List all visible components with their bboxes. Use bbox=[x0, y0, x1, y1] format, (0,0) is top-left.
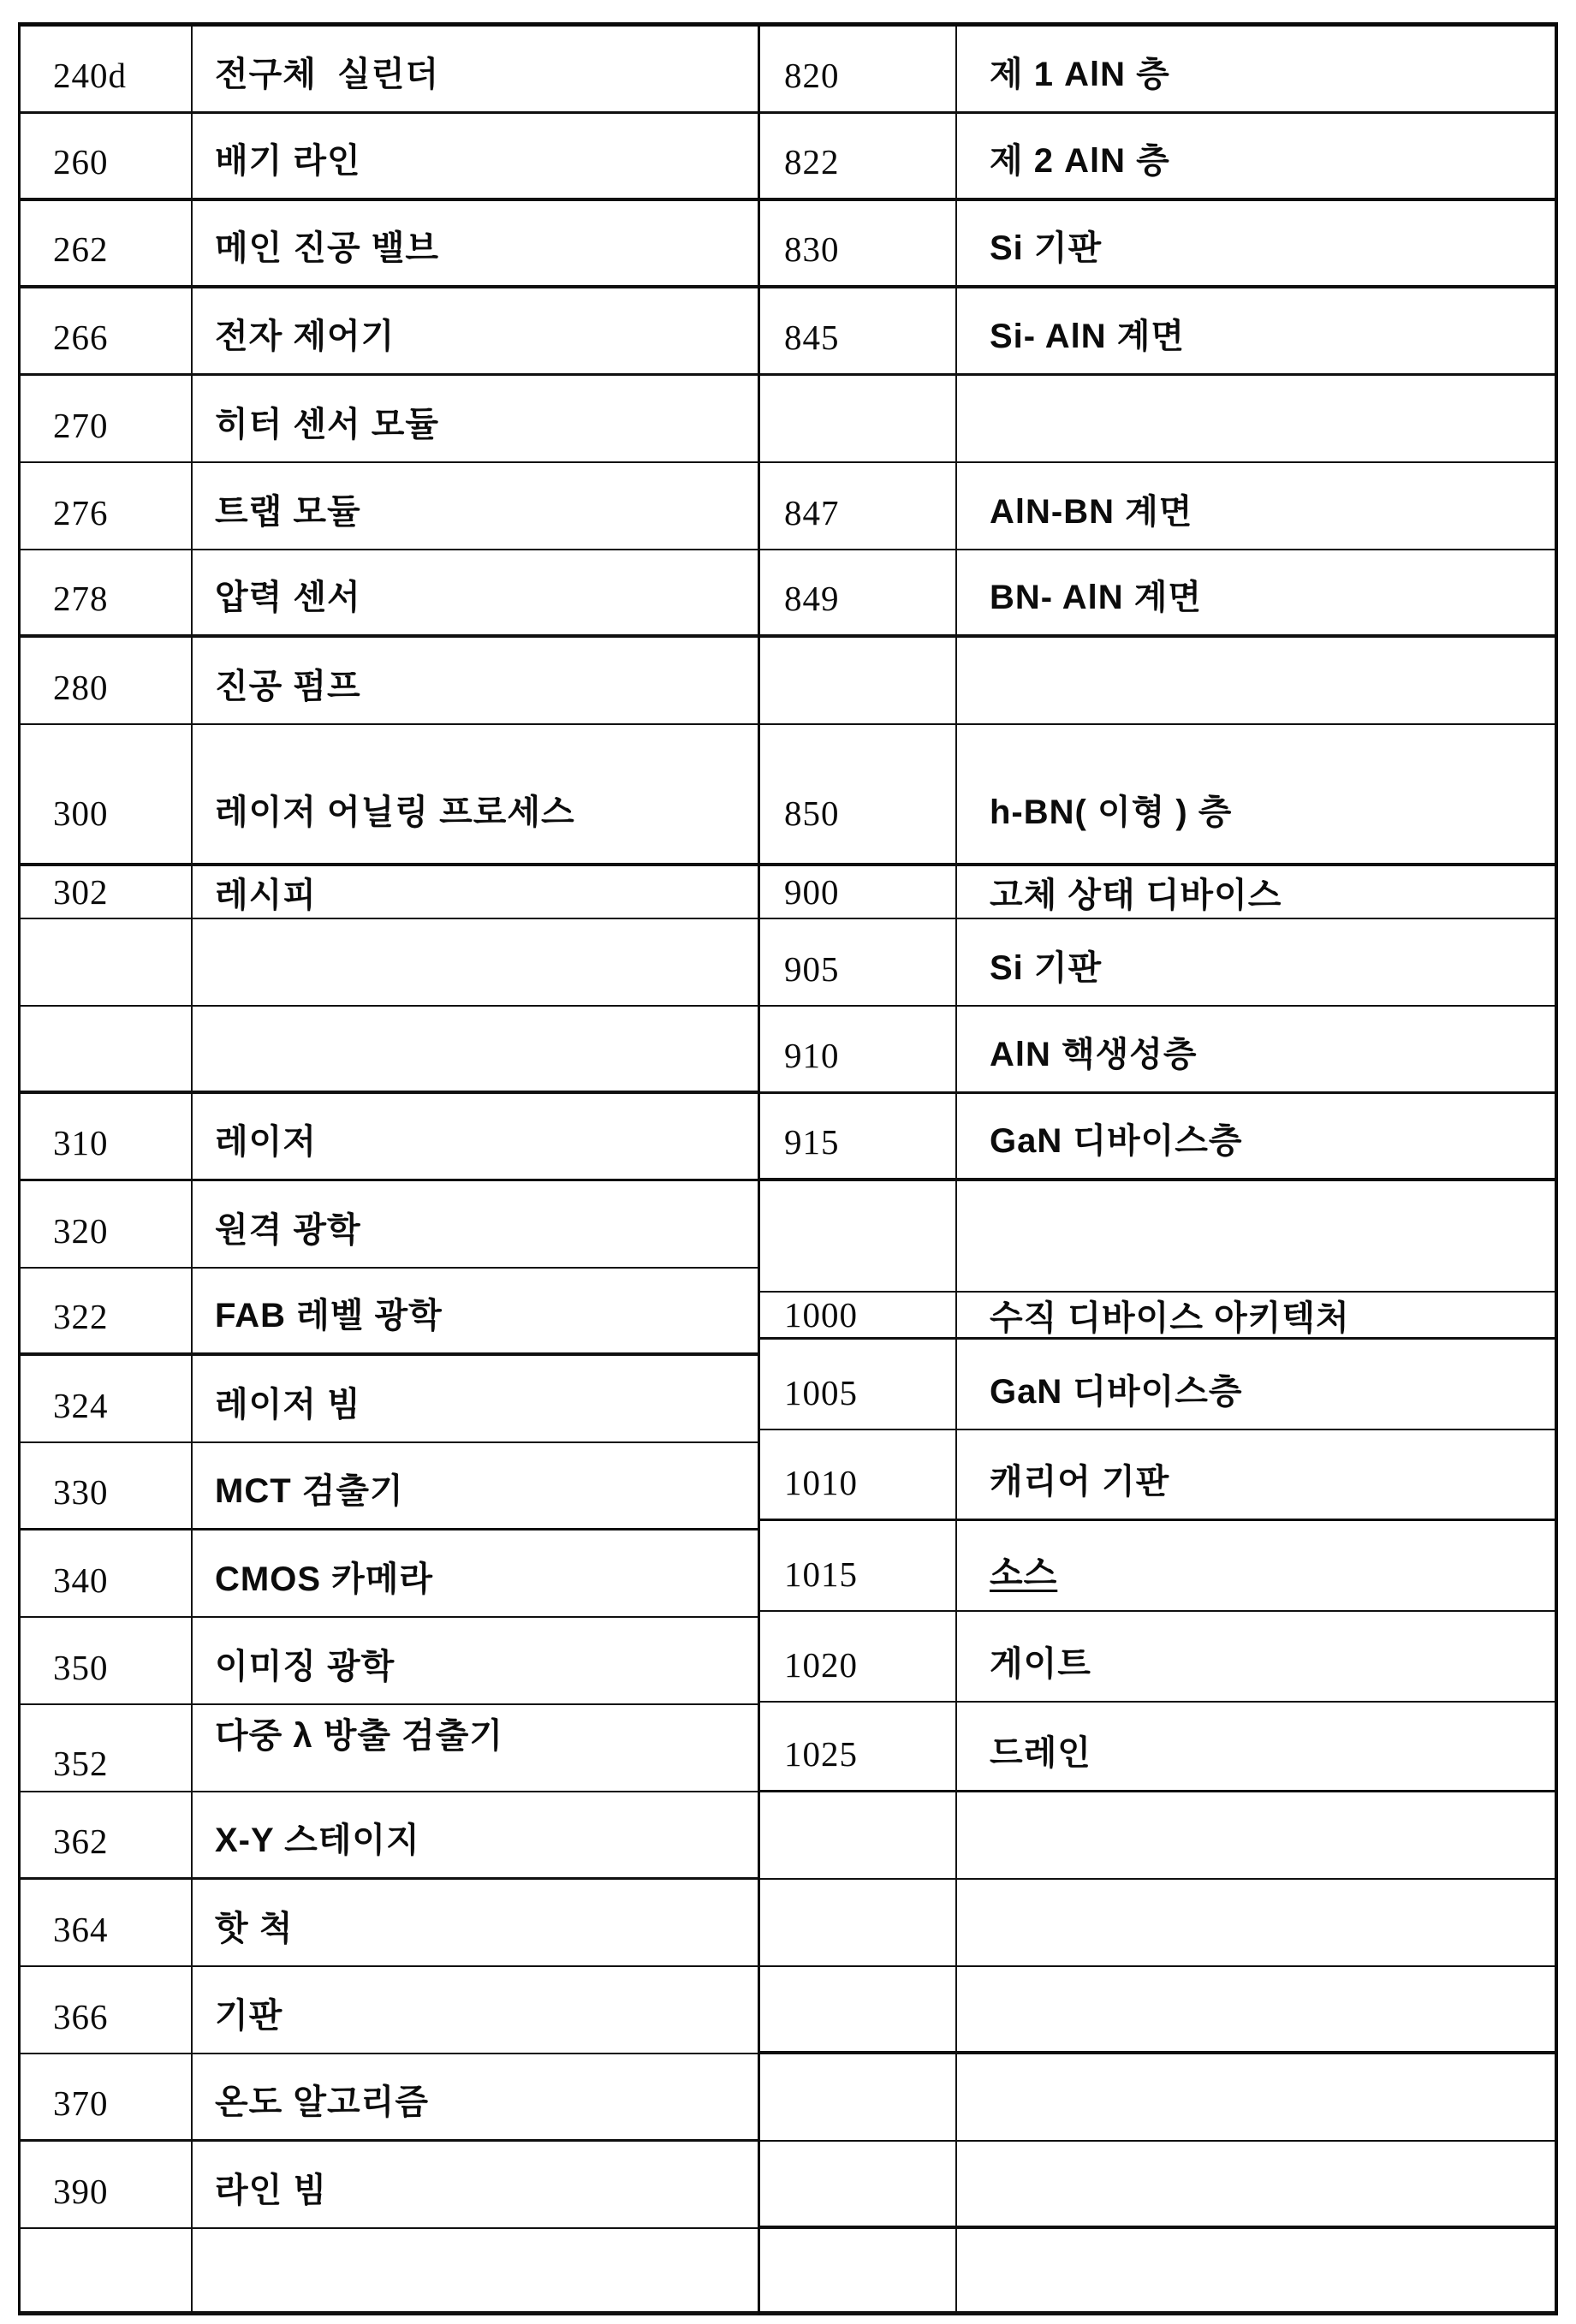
ref-label-cell: 메인 진공 밸브 bbox=[193, 201, 758, 285]
ref-label-text: 소스 bbox=[990, 1546, 1057, 1595]
ref-label-text: 트랩 모듈 bbox=[215, 484, 361, 533]
ref-label-cell: 배기 라인 bbox=[193, 114, 758, 198]
ref-label-cell: 히터 센서 모듈 bbox=[193, 376, 758, 461]
table-row: 1015소스 bbox=[760, 1521, 1555, 1612]
table-row bbox=[760, 2229, 1555, 2315]
ref-number-cell: 845 bbox=[760, 288, 957, 373]
ref-number-cell bbox=[760, 2142, 957, 2226]
ref-label-text: 레이저 bbox=[215, 1114, 317, 1163]
ref-number-cell: 820 bbox=[760, 27, 957, 111]
ref-label-text: X-Y 스테이지 bbox=[215, 1813, 420, 1862]
ref-number-cell: 905 bbox=[760, 919, 957, 1005]
table-row bbox=[21, 2229, 758, 2315]
table-row bbox=[760, 376, 1555, 463]
table-row: 830Si 기판 bbox=[760, 201, 1555, 288]
table-row bbox=[760, 1792, 1555, 1880]
ref-label-cell: GaN 디바이스층 bbox=[957, 1094, 1555, 1178]
ref-number-cell: 364 bbox=[21, 1880, 193, 1965]
ref-label-cell: GaN 디바이스층 bbox=[957, 1340, 1555, 1429]
ref-label-cell bbox=[957, 638, 1555, 723]
table-row: 350이미징 광학 bbox=[21, 1618, 758, 1705]
ref-number-cell bbox=[760, 2054, 957, 2140]
ref-label-text: 라인 빔 bbox=[215, 2163, 327, 2212]
ref-number-cell: 266 bbox=[21, 288, 193, 373]
ref-label-cell bbox=[957, 2229, 1555, 2311]
ref-number-cell: 847 bbox=[760, 463, 957, 549]
table-row: 270히터 센서 모듈 bbox=[21, 376, 758, 463]
ref-number-cell: 1025 bbox=[760, 1703, 957, 1790]
ref-label-text: 이미징 광학 bbox=[215, 1639, 395, 1688]
ref-label-cell: 드레인 bbox=[957, 1703, 1555, 1790]
ref-label-cell bbox=[193, 1007, 758, 1091]
ref-label-text: 원격 광학 bbox=[215, 1203, 361, 1251]
ref-label-cell: X-Y 스테이지 bbox=[193, 1792, 758, 1877]
ref-label-cell bbox=[957, 2142, 1555, 2226]
table-row: 910AlN 핵생성층 bbox=[760, 1007, 1555, 1094]
table-row: 1025드레인 bbox=[760, 1703, 1555, 1792]
ref-label-text: 캐리어 기판 bbox=[990, 1454, 1169, 1503]
ref-label-text: 게이트 bbox=[990, 1637, 1091, 1685]
ref-label-text: Si- AlN 계면 bbox=[990, 309, 1185, 358]
ref-label-cell: 원격 광학 bbox=[193, 1181, 758, 1267]
table-row: 352다중 λ 방출 검출기 bbox=[21, 1705, 758, 1792]
table-row: 366기판 bbox=[21, 1967, 758, 2054]
table-row: 822제 2 AlN 층 bbox=[760, 114, 1555, 201]
ref-number-cell bbox=[760, 1967, 957, 2051]
ref-label-cell: Si 기판 bbox=[957, 201, 1555, 285]
ref-number-cell: 366 bbox=[21, 1967, 193, 2053]
table-row: 320원격 광학 bbox=[21, 1181, 758, 1269]
table-row: 260배기 라인 bbox=[21, 114, 758, 201]
table-row: 1000수직 디바이스 아키텍처 bbox=[760, 1293, 1555, 1340]
ref-label-cell: 레이저 어닐링 프로세스 bbox=[193, 725, 758, 863]
table-row: 1010캐리어 기판 bbox=[760, 1430, 1555, 1521]
table-row: 300레이저 어닐링 프로세스 bbox=[21, 725, 758, 866]
ref-number-cell: 330 bbox=[21, 1443, 193, 1528]
ref-label-cell: 진공 펌프 bbox=[193, 638, 758, 723]
ref-label-cell: 레이저 빔 bbox=[193, 1356, 758, 1441]
ref-label-text: GaN 디바이스층 bbox=[990, 1114, 1243, 1162]
ref-label-cell: 고체 상태 디바이스 bbox=[957, 866, 1555, 918]
ref-label-text: 메인 진공 밸브 bbox=[215, 221, 439, 270]
ref-label-cell bbox=[193, 919, 758, 1005]
ref-label-text: 압력 센서 bbox=[215, 570, 361, 619]
ref-number-cell: 260 bbox=[21, 114, 193, 198]
ref-number-cell bbox=[760, 1880, 957, 1965]
ref-label-cell: 소스 bbox=[957, 1521, 1555, 1610]
table-row: 310레이저 bbox=[21, 1094, 758, 1181]
ref-number-cell: 240d bbox=[21, 27, 193, 111]
ref-number-cell: 1005 bbox=[760, 1340, 957, 1429]
ref-number-cell: 915 bbox=[760, 1094, 957, 1178]
ref-number-cell bbox=[21, 919, 193, 1005]
ref-label-cell bbox=[957, 376, 1555, 461]
table-row: 915GaN 디바이스층 bbox=[760, 1094, 1555, 1181]
ref-number-cell: 390 bbox=[21, 2142, 193, 2227]
ref-label-text: 다중 λ 방출 검출기 bbox=[215, 1709, 503, 1757]
table-row: 302레시피 bbox=[21, 866, 758, 919]
ref-label-text: 고체 상태 디바이스 bbox=[990, 868, 1282, 917]
table-row: 280진공 펌프 bbox=[21, 638, 758, 725]
ref-label-text: 수직 디바이스 아키텍처 bbox=[990, 1293, 1350, 1337]
ref-number-cell: 302 bbox=[21, 866, 193, 918]
ref-number-cell: 849 bbox=[760, 550, 957, 634]
ref-label-text: 전자 제어기 bbox=[215, 309, 395, 358]
table-row: 850h-BN( 이형 ) 층 bbox=[760, 725, 1555, 866]
table-row: 362X-Y 스테이지 bbox=[21, 1792, 758, 1880]
ref-label-cell: 핫 척 bbox=[193, 1880, 758, 1965]
ref-label-cell: 전자 제어기 bbox=[193, 288, 758, 373]
table-row: 390라인 빔 bbox=[21, 2142, 758, 2229]
table-row bbox=[760, 2142, 1555, 2229]
table-row: 324레이저 빔 bbox=[21, 1356, 758, 1443]
ref-number-cell: 350 bbox=[21, 1618, 193, 1703]
table-row bbox=[760, 1967, 1555, 2054]
table-row: 845Si- AlN 계면 bbox=[760, 288, 1555, 376]
ref-label-cell: Si 기판 bbox=[957, 919, 1555, 1005]
ref-number-cell: 324 bbox=[21, 1356, 193, 1441]
ref-number-cell: 352 bbox=[21, 1705, 193, 1791]
ref-label-text: AlN-BN 계면 bbox=[990, 484, 1192, 533]
ref-number-cell: 822 bbox=[760, 114, 957, 198]
ref-number-cell: 850 bbox=[760, 725, 957, 863]
table-row: 1020게이트 bbox=[760, 1612, 1555, 1703]
ref-label-text: 온도 알고리즘 bbox=[215, 2075, 429, 2124]
table-row bbox=[21, 1007, 758, 1094]
ref-label-cell: 수직 디바이스 아키텍처 bbox=[957, 1293, 1555, 1337]
ref-label-cell: FAB 레벨 광학 bbox=[193, 1269, 758, 1352]
table-row: 364핫 척 bbox=[21, 1880, 758, 1967]
ref-label-cell: 트랩 모듈 bbox=[193, 463, 758, 549]
table-row: 900고체 상태 디바이스 bbox=[760, 866, 1555, 919]
ref-label-cell bbox=[957, 2054, 1555, 2140]
ref-label-text: 레이저 어닐링 프로세스 bbox=[215, 785, 575, 834]
table-row: 849BN- AlN 계면 bbox=[760, 550, 1555, 638]
ref-label-cell: h-BN( 이형 ) 층 bbox=[957, 725, 1555, 863]
table-row bbox=[760, 1181, 1555, 1293]
ref-label-cell: 게이트 bbox=[957, 1612, 1555, 1701]
ref-label-text: 히터 센서 모듈 bbox=[215, 397, 439, 446]
ref-number-cell bbox=[760, 2229, 957, 2311]
table-row: 240d전구체 실린더 bbox=[21, 27, 758, 114]
ref-number-cell: 370 bbox=[21, 2054, 193, 2139]
table-row: 262메인 진공 밸브 bbox=[21, 201, 758, 288]
table-row: 330MCT 검출기 bbox=[21, 1443, 758, 1531]
document-page: { "document": { "type": "patent-referenc… bbox=[0, 0, 1576, 2324]
ref-number-cell: 262 bbox=[21, 201, 193, 285]
ref-label-cell bbox=[957, 1967, 1555, 2051]
ref-number-cell bbox=[760, 1792, 957, 1878]
ref-label-cell: BN- AlN 계면 bbox=[957, 550, 1555, 634]
ref-label-cell: 라인 빔 bbox=[193, 2142, 758, 2227]
table-row: 905Si 기판 bbox=[760, 919, 1555, 1007]
ref-label-cell: AlN-BN 계면 bbox=[957, 463, 1555, 549]
ref-label-cell: 기판 bbox=[193, 1967, 758, 2053]
ref-label-text: CMOS 카메라 bbox=[215, 1552, 433, 1601]
ref-label-text: 전구체 실린더 bbox=[215, 47, 439, 96]
table-row: 322FAB 레벨 광학 bbox=[21, 1269, 758, 1356]
ref-label-cell: AlN 핵생성층 bbox=[957, 1007, 1555, 1091]
table-row bbox=[21, 919, 758, 1007]
ref-label-cell: 레이저 bbox=[193, 1094, 758, 1179]
ref-label-text: MCT 검출기 bbox=[215, 1464, 404, 1513]
reference-table-left: 240d전구체 실린더260배기 라인262메인 진공 밸브266전자 제어기2… bbox=[18, 22, 758, 2315]
ref-number-cell: 362 bbox=[21, 1792, 193, 1877]
ref-label-text: 배기 라인 bbox=[215, 134, 361, 182]
ref-label-cell: 다중 λ 방출 검출기 bbox=[193, 1705, 758, 1791]
table-row: 340CMOS 카메라 bbox=[21, 1531, 758, 1618]
ref-number-cell: 910 bbox=[760, 1007, 957, 1091]
table-row bbox=[760, 1880, 1555, 1967]
ref-label-text: FAB 레벨 광학 bbox=[215, 1288, 443, 1337]
ref-label-cell: 이미징 광학 bbox=[193, 1618, 758, 1703]
ref-label-cell: 제 1 AlN 층 bbox=[957, 27, 1555, 111]
ref-label-text: 드레인 bbox=[990, 1726, 1091, 1774]
ref-label-cell: 전구체 실린더 bbox=[193, 27, 758, 111]
ref-label-text: GaN 디바이스층 bbox=[990, 1364, 1243, 1413]
table-row: 370온도 알고리즘 bbox=[21, 2054, 758, 2142]
table-row: 278압력 센서 bbox=[21, 550, 758, 638]
ref-label-cell: 캐리어 기판 bbox=[957, 1430, 1555, 1519]
ref-label-text: 제 2 AlN 층 bbox=[990, 134, 1170, 182]
table-row: 276트랩 모듈 bbox=[21, 463, 758, 550]
ref-label-text: Si 기판 bbox=[990, 941, 1102, 990]
ref-number-cell: 1010 bbox=[760, 1430, 957, 1519]
table-row: 847AlN-BN 계면 bbox=[760, 463, 1555, 550]
ref-label-cell: 제 2 AlN 층 bbox=[957, 114, 1555, 198]
ref-number-cell bbox=[21, 2229, 193, 2311]
ref-number-cell: 280 bbox=[21, 638, 193, 723]
table-row bbox=[760, 638, 1555, 725]
table-row: 820제 1 AlN 층 bbox=[760, 27, 1555, 114]
ref-label-text: BN- AlN 계면 bbox=[990, 570, 1202, 619]
ref-label-text: 진공 펌프 bbox=[215, 659, 361, 708]
ref-label-text: 기판 bbox=[215, 1988, 282, 2037]
ref-number-cell: 300 bbox=[21, 725, 193, 863]
ref-number-cell bbox=[21, 1007, 193, 1091]
ref-number-cell bbox=[760, 638, 957, 723]
ref-label-cell bbox=[957, 1792, 1555, 1878]
ref-number-cell: 270 bbox=[21, 376, 193, 461]
ref-number-cell: 340 bbox=[21, 1531, 193, 1616]
ref-label-cell: CMOS 카메라 bbox=[193, 1531, 758, 1616]
ref-label-cell bbox=[957, 1181, 1555, 1291]
ref-label-text: 레시피 bbox=[215, 868, 317, 917]
ref-label-cell: 레시피 bbox=[193, 866, 758, 918]
ref-label-text: h-BN( 이형 ) 층 bbox=[990, 785, 1232, 834]
ref-label-text: 핫 척 bbox=[215, 1901, 293, 1950]
ref-label-text: 제 1 AlN 층 bbox=[990, 47, 1170, 96]
table-row bbox=[760, 2054, 1555, 2142]
ref-label-cell bbox=[957, 1880, 1555, 1965]
ref-label-cell: Si- AlN 계면 bbox=[957, 288, 1555, 373]
reference-table-right: 820제 1 AlN 층822제 2 AlN 층830Si 기판845Si- A… bbox=[758, 22, 1558, 2315]
ref-number-cell: 320 bbox=[21, 1181, 193, 1267]
ref-number-cell: 276 bbox=[21, 463, 193, 549]
ref-number-cell: 1015 bbox=[760, 1521, 957, 1610]
table-row: 266전자 제어기 bbox=[21, 288, 758, 376]
ref-number-cell bbox=[760, 1181, 957, 1291]
ref-number-cell bbox=[760, 376, 957, 461]
ref-number-cell: 900 bbox=[760, 866, 957, 918]
ref-label-cell: MCT 검출기 bbox=[193, 1443, 758, 1528]
ref-label-text: 레이저 빔 bbox=[215, 1377, 361, 1426]
ref-number-cell: 278 bbox=[21, 550, 193, 634]
ref-label-text: AlN 핵생성층 bbox=[990, 1027, 1198, 1076]
ref-label-text: Si 기판 bbox=[990, 221, 1102, 270]
ref-number-cell: 1020 bbox=[760, 1612, 957, 1701]
ref-label-cell bbox=[193, 2229, 758, 2311]
ref-number-cell: 830 bbox=[760, 201, 957, 285]
ref-label-cell: 압력 센서 bbox=[193, 550, 758, 634]
ref-number-cell: 322 bbox=[21, 1269, 193, 1352]
table-row: 1005GaN 디바이스층 bbox=[760, 1340, 1555, 1430]
ref-label-cell: 온도 알고리즘 bbox=[193, 2054, 758, 2139]
ref-number-cell: 310 bbox=[21, 1094, 193, 1179]
ref-number-cell: 1000 bbox=[760, 1293, 957, 1337]
